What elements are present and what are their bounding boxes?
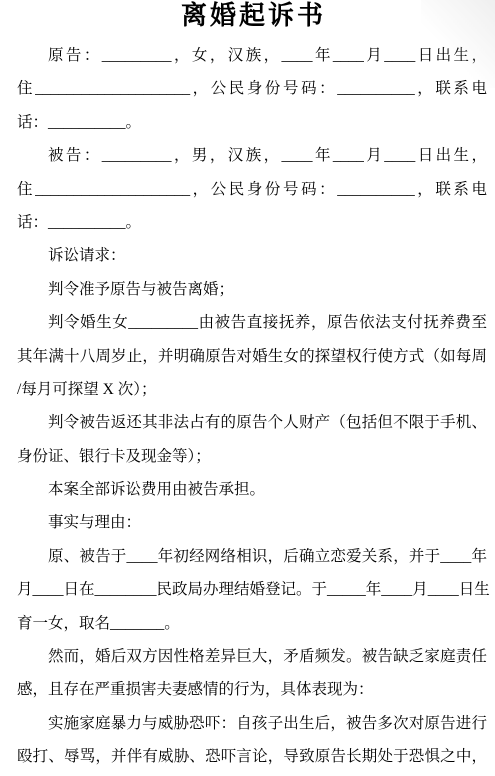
paragraph-claims-heading: 诉讼请求：: [17, 239, 487, 272]
claim-custody-line-3: /每月可探望 X 次）；: [17, 373, 487, 406]
claim-custody-line-1: 判令婚生女_________由被告直接抚养，原告依法支付抚养费至: [17, 306, 487, 339]
paragraph-defendant-info: 被告：_________，男，汉族，____年____月____日出生， 住__…: [17, 139, 487, 239]
defendant-info-line-2: 住____________________，公民身份号码：__________，…: [17, 173, 487, 206]
claim-costs-line: 本案全部诉讼费用由被告承担。: [17, 473, 487, 506]
fact-marriage-line-2: 月____日在________民政局办理结婚登记。于_____年____月___…: [17, 573, 487, 606]
defendant-info-line-3: 话：__________。: [17, 206, 487, 239]
document-title: 离婚起诉书: [17, 2, 487, 30]
plaintiff-info-line-3: 话：__________。: [17, 106, 487, 139]
fact-violence-line-1: 实施家庭暴力与威胁恐吓：自孩子出生后，被告多次对原告进行: [17, 707, 487, 740]
claim-custody-line-2: 其年满十八周岁止，并明确原告对婚生女的探望权行使方式（如每周: [17, 340, 487, 373]
claim-divorce-line: 判令准予原告与被告离婚；: [17, 273, 487, 306]
document-page: 离婚起诉书 原告：_________，女，汉族，____年____月____日出…: [0, 0, 495, 776]
paragraph-facts-heading: 事实与理由：: [17, 506, 487, 539]
paragraph-fact-marriage: 原、被告于____年初经网络相识，后确立恋爱关系，并于____年 月____日在…: [17, 540, 487, 640]
fact-marriage-line-3: 育一女，取名_______。: [17, 607, 487, 640]
plaintiff-info-line-2: 住____________________，公民身份号码：__________，…: [17, 72, 487, 105]
fact-violence-line-2: 殴打、辱骂，并伴有威胁、恐吓言论，导致原告长期处于恐惧之中，: [17, 740, 487, 773]
claims-heading-line: 诉讼请求：: [17, 239, 487, 272]
paragraph-claim-custody: 判令婚生女_________由被告直接抚养，原告依法支付抚养费至 其年满十八周岁…: [17, 306, 487, 406]
claim-property-line-2: 身份证、银行卡及现金等）；: [17, 440, 487, 473]
defendant-info-line-1: 被告：_________，男，汉族，____年____月____日出生，: [17, 139, 487, 172]
plaintiff-info-line-1: 原告：_________，女，汉族，____年____月____日出生，: [17, 39, 487, 72]
paragraph-plaintiff-info: 原告：_________，女，汉族，____年____月____日出生， 住__…: [17, 39, 487, 139]
fact-marriage-line-1: 原、被告于____年初经网络相识，后确立恋爱关系，并于____年: [17, 540, 487, 573]
facts-heading-line: 事实与理由：: [17, 506, 487, 539]
paragraph-claim-costs: 本案全部诉讼费用由被告承担。: [17, 473, 487, 506]
paragraph-claim-property: 判令被告返还其非法占有的原告个人财产（包括但不限于手机、 身份证、银行卡及现金等…: [17, 406, 487, 473]
document-body: 原告：_________，女，汉族，____年____月____日出生， 住__…: [17, 39, 487, 774]
fact-conflict-line-1: 然而，婚后双方因性格差异巨大，矛盾频发。被告缺乏家庭责任: [17, 640, 487, 673]
fact-conflict-line-2: 感，且存在严重损害夫妻感情的行为，具体表现为：: [17, 673, 487, 706]
claim-property-line-1: 判令被告返还其非法占有的原告个人财产（包括但不限于手机、: [17, 406, 487, 439]
paragraph-fact-conflict: 然而，婚后双方因性格差异巨大，矛盾频发。被告缺乏家庭责任 感，且存在严重损害夫妻…: [17, 640, 487, 707]
paragraph-claim-divorce: 判令准予原告与被告离婚；: [17, 273, 487, 306]
paragraph-fact-violence: 实施家庭暴力与威胁恐吓：自孩子出生后，被告多次对原告进行 殴打、辱骂，并伴有威胁…: [17, 707, 487, 774]
